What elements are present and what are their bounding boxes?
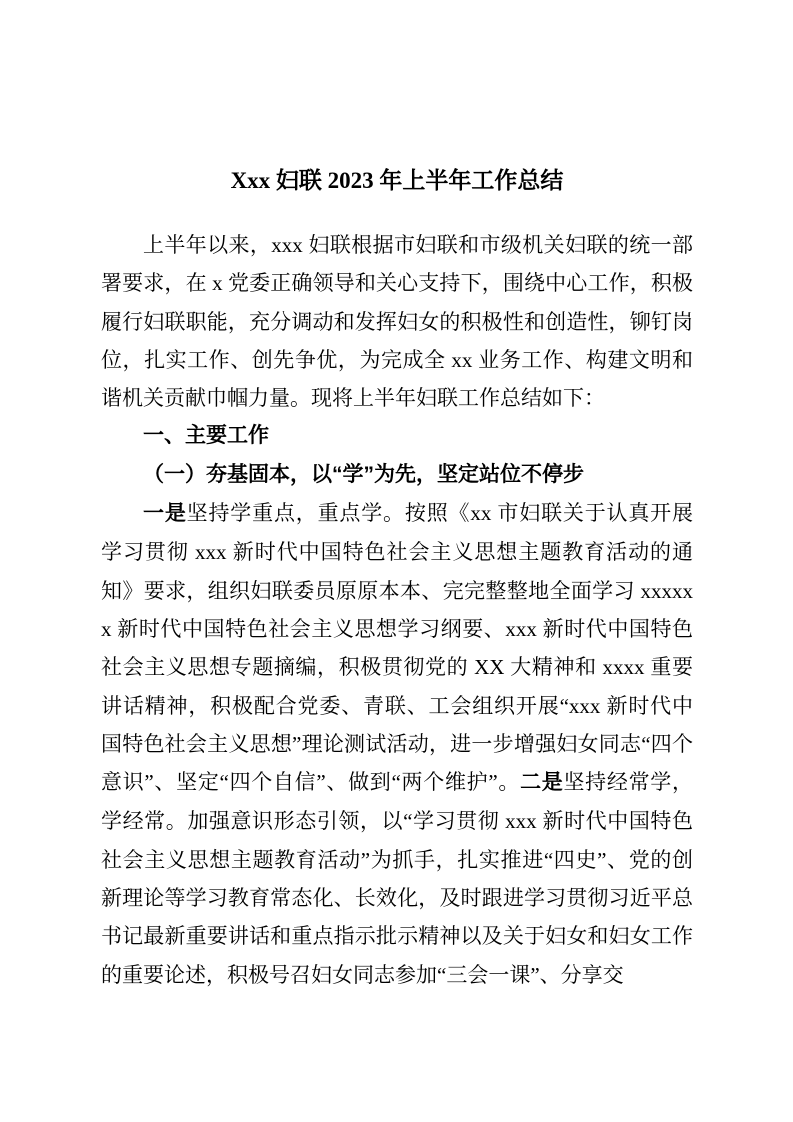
bold-text-run: 一是 (143, 502, 187, 525)
paragraph: 上半年以来，xxx 妇联根据市妇联和市级机关妇联的统一部署要求，在 x 党委正确… (101, 226, 693, 417)
section-heading: 一、主要工作 (101, 417, 693, 455)
section-heading: （一）夯基固本，以“学”为先，坚定站位不停步 (101, 456, 693, 494)
bold-text-run: 一、主要工作 (143, 424, 269, 447)
document-page: Xxx 妇联 2023 年上半年工作总结 上半年以来，xxx 妇联根据市妇联和市… (0, 0, 793, 1122)
text-run: 上半年以来，xxx 妇联根据市妇联和市级机关妇联的统一部署要求，在 x 党委正确… (101, 233, 693, 410)
bold-text-run: （一）夯基固本，以“学”为先，坚定站位不停步 (143, 463, 584, 486)
bold-text-run: 二是 (520, 771, 563, 794)
text-run: 坚持经常学，学经常。加强意识形态引领，以“学习贯彻 xxx 新时代中国特色社会主… (101, 770, 693, 986)
paragraph: 一是坚持学重点，重点学。按照《xx 市妇联关于认真开展学习贯彻 xxx 新时代中… (101, 494, 693, 994)
document-title: Xxx 妇联 2023 年上半年工作总结 (101, 166, 693, 196)
text-run: 坚持学重点，重点学。按照《xx 市妇联关于认真开展学习贯彻 xxx 新时代中国特… (101, 501, 693, 794)
document-body: 上半年以来，xxx 妇联根据市妇联和市级机关妇联的统一部署要求，在 x 党委正确… (101, 226, 693, 994)
